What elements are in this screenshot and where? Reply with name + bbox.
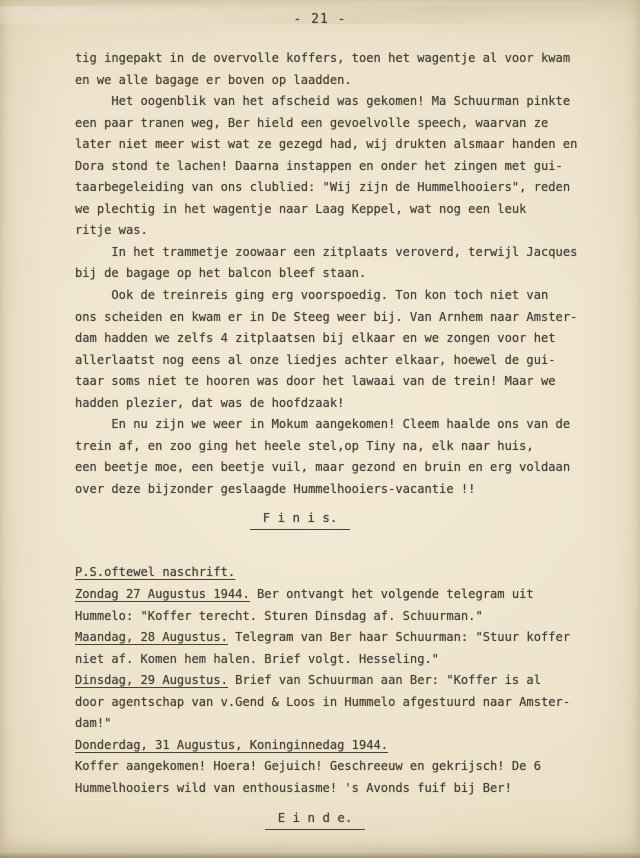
body-line: taar soms niet te hooren was door het la… (75, 371, 592, 393)
entry-date: Zondag 27 Augustus 1944. (75, 587, 250, 601)
body-line: trein af, en zoo ging het heele stel,op … (75, 436, 592, 458)
body-line: hadden plezier, dat was de hoofdzaak! (75, 393, 592, 415)
body-line: dam hadden we zelfs 4 zitplaatsen bij el… (75, 328, 592, 350)
body-line: allerlaatst nog eens al onze liedjes ach… (75, 350, 592, 372)
postscript-line: Hummelo: "Koffer terecht. Sturen Dinsdag… (75, 606, 600, 628)
body-line: ritje was. (75, 220, 592, 242)
postscript-heading: P.S.oftewel naschrift. (75, 562, 600, 584)
postscript-line: Zondag 27 Augustus 1944. Ber ontvangt he… (75, 584, 600, 606)
finis-section: F i n i s. (0, 507, 600, 530)
body-line: over deze bijzonder geslaagde Hummelhooi… (75, 479, 592, 501)
body-line: en we alle bagage er boven op laadden. (75, 70, 592, 92)
entry-text: Ber ontvangt het volgende telegram uit (250, 587, 534, 601)
postscript-line: niet af. Komen hem halen. Brief volgt. H… (75, 649, 600, 671)
entry-date: Donderdag, 31 Augustus, Koninginnedag 19… (75, 738, 388, 752)
entry-text: Telegram van Ber haar Schuurman: "Stuur … (228, 630, 570, 644)
body-line: bij de bagage op het balcon bleef staan. (75, 263, 592, 285)
body-text: tig ingepakt in de overvolle koffers, to… (75, 48, 592, 500)
body-line: we plechtig in het wagentje naar Laag Ke… (75, 199, 592, 221)
body-line: een paar tranen weg, Ber hield een gevoe… (75, 113, 592, 135)
body-line: taarbegeleiding van ons clublied: "Wij z… (75, 177, 592, 199)
einde-heading: E i n d e. (265, 808, 366, 830)
entry-date: Dinsdag, 29 Augustus. (75, 673, 228, 687)
postscript-section: P.S.oftewel naschrift. Zondag 27 Augustu… (75, 562, 600, 799)
postscript-line: Hummelhooiers wild van enthousiasme! 's … (75, 778, 600, 800)
postscript-line: Koffer aangekomen! Hoera! Gejuich! Gesch… (75, 756, 600, 778)
body-line: Ook de treinreis ging erg voorspoedig. T… (75, 285, 592, 307)
entry-text: niet af. Komen hem halen. Brief volgt. H… (75, 652, 439, 666)
finis-heading: F i n i s. (250, 508, 351, 530)
entry-text: Hummelo: "Koffer terecht. Sturen Dinsdag… (75, 609, 483, 623)
postscript-line: dam!" (75, 713, 600, 735)
entry-text: dam!" (75, 716, 111, 730)
body-line: En nu zijn we weer in Mokum aangekomen! … (75, 414, 592, 436)
body-line: tig ingepakt in de overvolle koffers, to… (75, 48, 592, 70)
postscript-line: Maandag, 28 Augustus. Telegram van Ber h… (75, 627, 600, 649)
postscript-line: door agentschap van v.Gend & Loos in Hum… (75, 692, 600, 714)
document-page: - 21 - tig ingepakt in de overvolle koff… (0, 0, 640, 858)
entry-text: Hummelhooiers wild van enthousiasme! 's … (75, 781, 512, 795)
body-line: een beetje moe, een beetje vuil, maar ge… (75, 457, 592, 479)
entry-text: Brief van Schuurman aan Ber: "Koffer is … (228, 673, 541, 687)
body-line: In het trammetje zoowaar een zitplaats v… (75, 242, 592, 264)
entry-date: Maandag, 28 Augustus. (75, 630, 228, 644)
body-line: ons scheiden en kwam er in De Steeg weer… (75, 307, 592, 329)
postscript-line: Donderdag, 31 Augustus, Koninginnedag 19… (75, 735, 600, 757)
page-number: - 21 - (0, 0, 640, 29)
postscript-line: Dinsdag, 29 Augustus. Brief van Schuurma… (75, 670, 600, 692)
body-line: Dora stond te lachen! Daarna instappen e… (75, 156, 592, 178)
entry-text: door agentschap van v.Gend & Loos in Hum… (75, 695, 570, 709)
body-line: later niet meer wist wat ze gezegd had, … (75, 134, 592, 156)
einde-section: E i n d e. (0, 807, 630, 830)
entry-text: Koffer aangekomen! Hoera! Gejuich! Gesch… (75, 759, 541, 773)
body-line: Het oogenblik van het afscheid was gekom… (75, 91, 592, 113)
